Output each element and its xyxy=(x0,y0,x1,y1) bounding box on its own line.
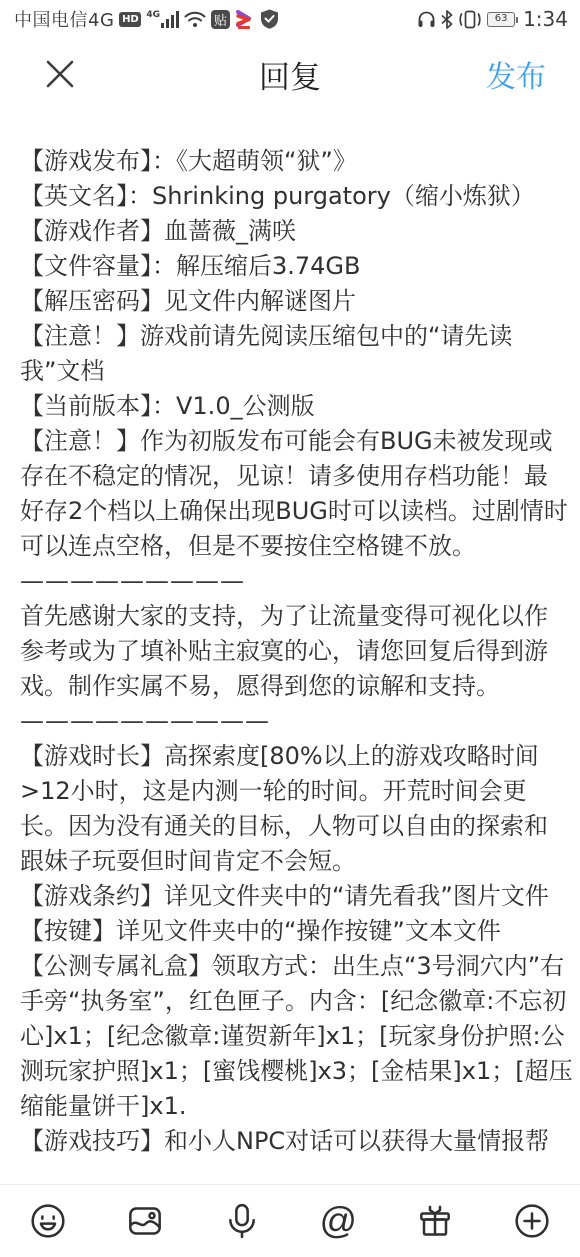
content-line: 【注意！】作为初版发布可能会有BUG未被发现或 xyxy=(20,424,560,459)
plus-icon xyxy=(512,1201,552,1241)
separator-line: —————————— xyxy=(20,704,560,739)
content-line: 心]x1；[纪念徽章:谨贺新年]x1；[玩家身份护照:公 xyxy=(20,1019,560,1054)
close-icon xyxy=(43,57,77,91)
clock-label: 1:34 xyxy=(523,7,568,31)
content-line: >12小时，这是内测一轮的时间。开荒时间会更 xyxy=(20,774,560,809)
mention-icon: @ xyxy=(320,1202,358,1239)
content-line: 【游戏发布】：《大超萌领“狱”》 xyxy=(20,144,560,179)
mention-button[interactable]: @ xyxy=(314,1197,362,1245)
content-line: 缩能量饼干]x1. xyxy=(20,1089,560,1124)
voice-button[interactable] xyxy=(218,1197,266,1245)
content-line: 参考或为了填补贴主寂寞的心，请您回复后得到游 xyxy=(20,634,560,669)
image-icon xyxy=(125,1201,165,1241)
content-line: 我”文档 xyxy=(20,354,560,389)
shield-check-icon xyxy=(260,9,279,29)
content-line: 【当前版本】：V1.0_公测版 xyxy=(20,389,560,424)
composer-toolbar: @ xyxy=(0,1184,580,1257)
content-line: 【游戏条约】详见文件夹中的“请先看我”图片文件 xyxy=(20,879,560,914)
content-line: 长。因为没有通关的目标，人物可以自由的探索和 xyxy=(20,809,560,844)
content-line: 【注意！】游戏前请先阅读压缩包中的“请先读 xyxy=(20,319,560,354)
content-line: 戏。制作实属不易，愿得到您的谅解和支持。 xyxy=(20,669,560,704)
red-arrow-app-icon xyxy=(235,10,255,29)
tieba-badge: 贴 xyxy=(211,10,230,29)
content-line: 【公测专属礼盒】领取方式：出生点“3号洞穴内”右 xyxy=(20,949,560,984)
content-line: 【游戏作者】血蔷薇_满咲 xyxy=(20,214,560,249)
image-button[interactable] xyxy=(121,1197,169,1245)
content-line: 测玩家护照]x1；[蜜饯樱桃]x3；[金桔果]x1；[超压 xyxy=(20,1054,560,1089)
separator-line: ————————— xyxy=(20,564,560,599)
status-bar: 中国电信4G HD 4G 贴 xyxy=(0,0,580,36)
vibrate-icon xyxy=(458,10,482,29)
content-line: 【按键】详见文件夹中的“操作按键”文本文件 xyxy=(20,914,560,949)
content-line: 【英文名】：Shrinking purgatory（缩小炼狱） xyxy=(20,179,560,214)
battery-icon: 63 xyxy=(487,12,515,27)
content-line: 【解压密码】见文件内解谜图片 xyxy=(20,284,560,319)
battery-percent: 63 xyxy=(495,14,508,24)
content-line: 手旁“执务室”，红色匣子。内含：[纪念徽章:不忘初 xyxy=(20,984,560,1019)
content-line: 【文件容量】：解压缩后3.74GB xyxy=(20,249,560,284)
headset-icon xyxy=(417,10,436,29)
bluetooth-icon xyxy=(441,10,453,29)
wifi-icon xyxy=(184,11,206,28)
content-line: 【游戏时长】高探索度[80%以上的游戏攻略时间 xyxy=(20,739,560,774)
content-line: 跟妹子玩耍但时间肯定不会短。 xyxy=(20,844,560,879)
reply-composer-screen: 中国电信4G HD 4G 贴 xyxy=(0,0,580,1257)
more-button[interactable] xyxy=(508,1197,556,1245)
emoji-button[interactable] xyxy=(24,1197,72,1245)
content-line: 首先感谢大家的支持，为了让流量变得可视化以作 xyxy=(20,599,560,634)
gift-button[interactable] xyxy=(411,1197,459,1245)
hd-badge: HD xyxy=(119,12,141,27)
carrier-label: 中国电信4G xyxy=(14,6,114,32)
content-line: 好存2个档以上确保出现BUG时可以读档。过剧情时 xyxy=(20,494,560,529)
publish-button[interactable]: 发布 xyxy=(486,52,546,96)
4g-signal-icon: 4G xyxy=(146,11,179,28)
content-line: 可以连点空格，但是不要按住空格键不放。 xyxy=(20,529,560,564)
emoji-icon xyxy=(28,1201,68,1241)
nav-bar: 回复 发布 xyxy=(0,36,580,112)
close-button[interactable] xyxy=(40,54,80,94)
reply-text-area[interactable]: 【游戏发布】：《大超萌领“狱”》【英文名】：Shrinking purgator… xyxy=(0,112,580,1159)
content-line: 存在不稳定的情况，见谅！请多使用存档功能！最 xyxy=(20,459,560,494)
microphone-icon xyxy=(222,1201,262,1241)
gift-icon xyxy=(415,1201,455,1241)
content-line: 【游戏技巧】和小人NPC对话可以获得大量情报帮 xyxy=(20,1124,560,1159)
